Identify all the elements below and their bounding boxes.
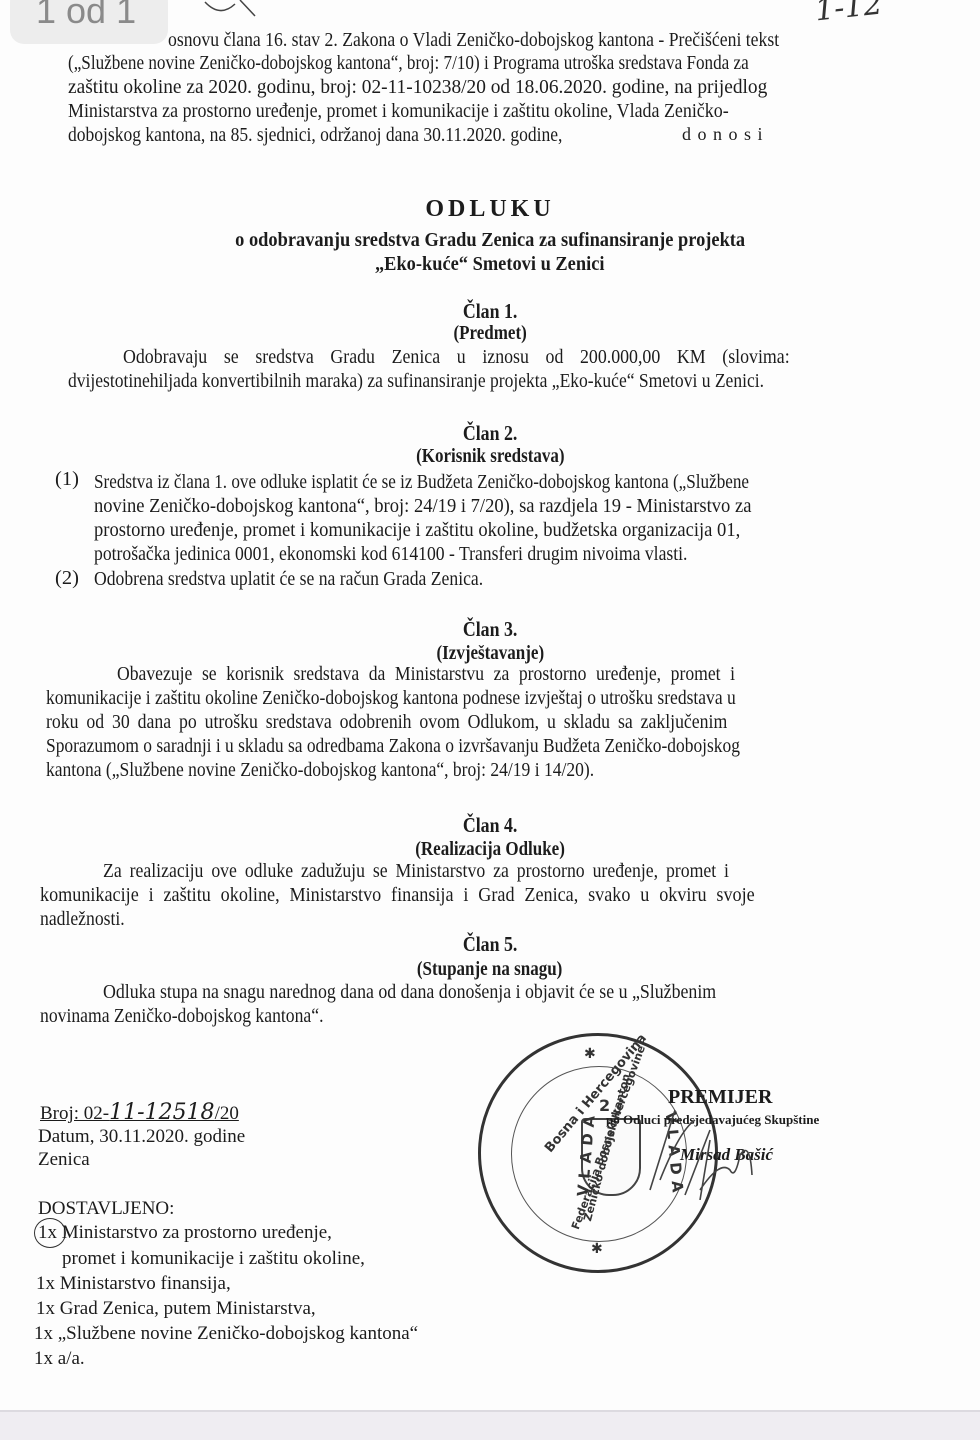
article-3-text: Obavezuje se korisnik sredstava da Minis… <box>117 663 735 686</box>
preamble-line: („Službene novine Zeničko-dobojskog kant… <box>68 52 749 75</box>
document-place: Zenica <box>38 1149 90 1171</box>
article-4-subheading: (Realizacija Odluke) <box>415 838 565 861</box>
document-subtitle: o odobravanju sredstva Gradu Zenica za s… <box>235 229 745 252</box>
distribution-item: 1x a/a. <box>34 1348 85 1370</box>
page-indicator: 1 od 1 <box>10 0 168 44</box>
document-date: Datum, 30.11.2020. godine <box>38 1126 245 1148</box>
reference-number-handwritten: 11-12518 <box>109 1100 214 1125</box>
article-2-item-1-number: (1) <box>55 468 79 491</box>
reference-number: Broj: 02-11-12518/20 <box>40 1100 239 1125</box>
handwritten-signature <box>640 1100 780 1200</box>
article-1-text: Odobravaju se sredstva Gradu Zenica u iz… <box>123 346 790 369</box>
distribution-label: DOSTAVLJENO: <box>38 1198 174 1220</box>
stamp-star-icon: ✱ <box>584 1046 596 1062</box>
preamble-line: dobojskog kantona, na 85. sjednici, održ… <box>68 124 562 147</box>
preamble-line: zaštitu okoline za 2020. godinu, broj: 0… <box>68 76 767 99</box>
article-5-text: novinama Zeničko-dobojskog kantona“. <box>40 1005 323 1028</box>
article-3-text: komunikacije i zaštitu okoline Zeničko-d… <box>46 687 736 710</box>
distribution-item: promet i komunikacije i zaštitu okoline, <box>62 1248 365 1270</box>
reference-number-suffix: /20 <box>215 1103 239 1124</box>
distribution-item: 1x Ministarstvo finansija, <box>36 1273 231 1295</box>
article-5-subheading: (Stupanje na snagu) <box>417 958 562 981</box>
article-2-item-1-text: Sredstva iz člana 1. ove odluke isplatit… <box>94 471 749 494</box>
article-2-heading: Član 2. <box>463 421 518 446</box>
document-subtitle-project: „Eko-kuće“ Smetovi u Zenici <box>375 253 604 276</box>
article-3-subheading: (Izvještavanje) <box>436 642 544 665</box>
distribution-item: 1x Ministarstvo za prostorno uređenje, <box>38 1222 332 1244</box>
distribution-item: 1x „Službene novine Zeničko-dobojskog ka… <box>34 1323 418 1345</box>
article-4-heading: Član 4. <box>463 813 518 838</box>
preamble-line: osnovu člana 16. stav 2. Zakona o Vladi … <box>168 29 779 52</box>
article-2-item-2-number: (2) <box>55 567 79 590</box>
document-page: 1 od 1 1-12 osnovu člana 16. stav 2. Zak… <box>0 0 980 1410</box>
article-3-text: Sporazumom o saradnji i u skladu sa odre… <box>46 735 740 758</box>
article-2-item-2-text: Odobrena sredstva uplatit će se na račun… <box>94 568 483 591</box>
article-2-item-1-text: potrošačka jedinica 0001, ekonomski kod … <box>94 543 687 566</box>
article-4-text: nadležnosti. <box>40 908 125 931</box>
article-2-item-1-text: novine Zeničko-dobojskog kantona“, broj:… <box>94 495 751 518</box>
article-3-text: roku od 30 dana po utrošku sredstava odo… <box>46 711 727 734</box>
preamble-line: Ministarstva za prostorno uređenje, prom… <box>68 100 729 123</box>
stamp-star-icon: ✱ <box>591 1241 603 1257</box>
article-2-item-1-text: prostorno uređenje, promet i komunikacij… <box>94 519 740 542</box>
donosi-text: d o n o s i <box>682 124 764 145</box>
article-1-subheading: (Predmet) <box>453 322 526 345</box>
article-3-heading: Član 3. <box>463 617 518 642</box>
article-4-text: komunikacije i zaštitu okoline, Ministar… <box>40 884 755 907</box>
handwritten-scribble <box>200 0 270 20</box>
article-1-heading: Član 1. <box>463 299 518 324</box>
article-2-subheading: (Korisnik sredstava) <box>416 445 564 468</box>
distribution-item: 1x Grad Zenica, putem Ministarstva, <box>36 1298 316 1320</box>
article-3-text: kantona („Službene novine Zeničko-dobojs… <box>46 759 594 782</box>
article-5-heading: Član 5. <box>463 932 518 957</box>
document-title: ODLUKU <box>0 196 980 223</box>
viewer-bottom-bar <box>0 1410 980 1440</box>
article-5-text: Odluka stupa na snagu narednog dana od d… <box>103 981 716 1004</box>
handwritten-reference-mark: 1-12 <box>813 0 884 28</box>
article-1-text: dvijestotinehiljada konvertibilnih marak… <box>68 370 764 393</box>
article-4-text: Za realizaciju ove odluke zadužuju se Mi… <box>103 860 729 883</box>
reference-number-prefix: Broj: 02- <box>40 1103 109 1124</box>
